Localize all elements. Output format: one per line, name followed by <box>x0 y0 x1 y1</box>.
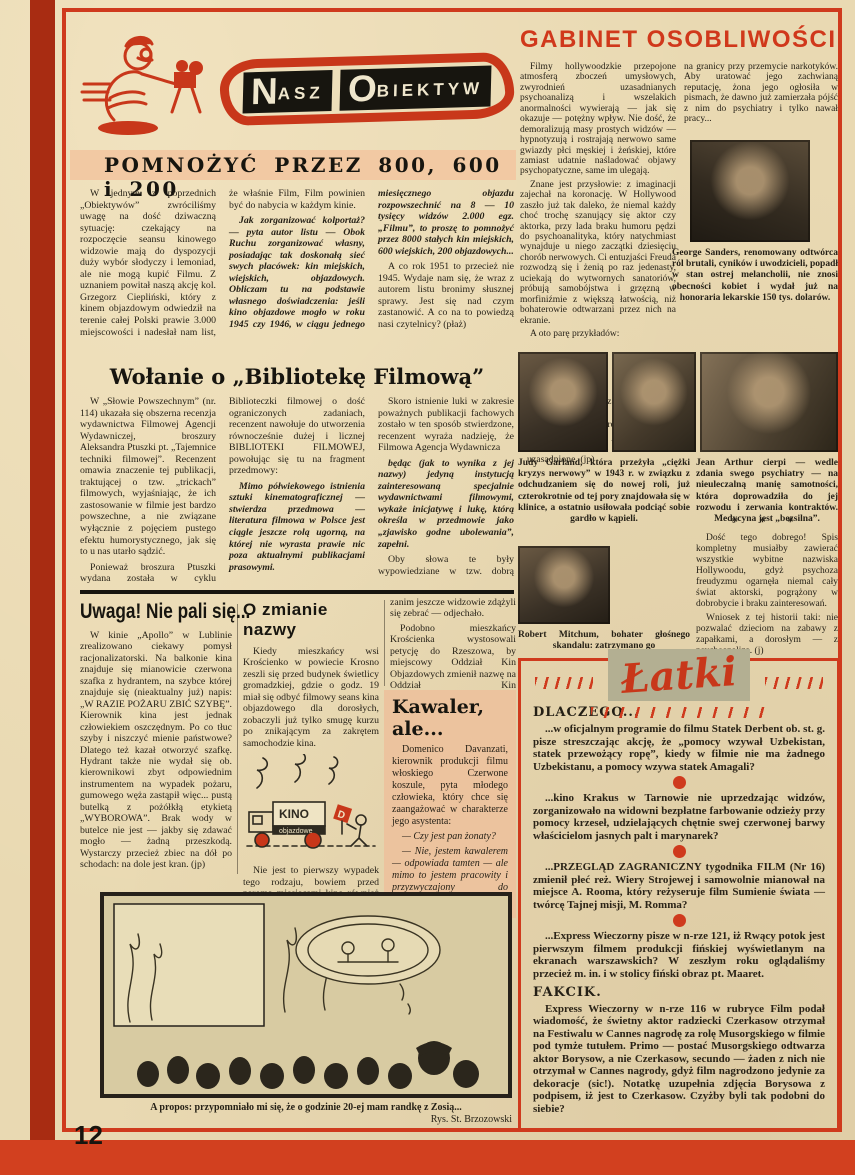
photo-george-sanders <box>690 140 810 242</box>
latki-logo-plate: Łatki <box>608 649 750 701</box>
article-wolanie-body: W „Słowie Powszechnym” (nr. 114) ukazała… <box>80 396 514 586</box>
paragraph: W „Słowie Powszechnym” (nr. 114) ukazała… <box>80 396 216 558</box>
red-tick-decoration <box>765 677 823 689</box>
article-uwaga-title: Uwaga! Nie pali się... <box>80 600 250 624</box>
bottom-red-band <box>0 1140 855 1175</box>
paragraph: W kinie „Apollo” w Lublinie zrealizowano… <box>80 630 232 871</box>
latki-item: ...Express Wieczorny pisze w n-rze 121, … <box>533 930 825 980</box>
gabinet-closing: * * * Dość tego dobrego! Spis kompletny … <box>696 514 838 661</box>
masthead-letter-n: N <box>250 70 278 112</box>
photo-actress <box>612 352 696 452</box>
paragraph: Skoro istnienie luki w zakresie poważnyc… <box>378 396 514 454</box>
gabinet-column-1: Filmy hollywoodzkie przepojone atmosferą… <box>520 62 676 342</box>
masthead-letter-o: O <box>348 67 378 109</box>
latki-section: Łatki DLACZEGO... ...w oficjalnym progra… <box>518 658 840 1132</box>
caption-george-sanders: George Sanders, renomowany odtwórca ról … <box>672 248 838 304</box>
truck-objazdowe-label: objazdowe <box>279 828 313 835</box>
paragraph: Dość tego dobrego! Spis kompletny musiał… <box>696 533 838 609</box>
cinema-audience-cartoon <box>100 892 512 1098</box>
red-dot-separator <box>673 914 686 927</box>
cartoon-caption: A propos: przypomniało mi się, że o godz… <box>100 1102 512 1113</box>
paragraph: na granicy przy przemycie narkotyków. Ab… <box>684 62 838 125</box>
left-red-bar <box>30 0 55 1140</box>
cinema-truck-cartoon: KINO objazdowe D <box>243 754 379 858</box>
gabinet-column-2: na granicy przy przemycie narkotyków. Ab… <box>684 62 838 128</box>
paragraph: A co rok 1951 to przecież nie 1945. Wyda… <box>378 261 514 330</box>
photo-robert-mitchum <box>518 546 610 624</box>
caption-judy-garland: Judy Garland, która przeżyła „ciężki kry… <box>518 458 690 525</box>
column-rule <box>237 604 238 874</box>
photo-jean-arthur <box>700 352 838 452</box>
article-pomnozyc-body: W jednym z poprzednich „Obiektywów” zwró… <box>80 188 514 364</box>
article-pomnozyc-titleband: POMNOŻYĆ PRZEZ 800, 600 i 200 <box>70 150 516 180</box>
quote-paragraph: będąc (jak to wynika z jej nazwy) jedyną… <box>378 458 514 550</box>
fakcik-body: Express Wieczorny w n-rze 116 w rubryce … <box>533 1003 825 1116</box>
latki-item: ...kino Krakus w Tarnowie nie uprzedzają… <box>533 792 825 842</box>
cartoon-credit: Rys. St. Brzozowski <box>100 1114 512 1125</box>
gabinet-title: GABINET OSOBLIWOŚCI <box>520 26 842 54</box>
article-kawaler-box: Kawaler, ale... Domenico Davanzati, kier… <box>384 690 516 918</box>
magazine-page: NASZ OBIEKTYW POMNOŻYĆ PRZEZ 800, 600 i … <box>0 0 855 1175</box>
page-number: 12 <box>74 1120 103 1151</box>
dialogue-line: — Czy jest pan żonaty? <box>392 831 508 843</box>
article-zmiana-title: O zmianie nazwy <box>243 600 379 640</box>
latki-item: ...w oficjalnym programie do filmu State… <box>533 723 825 773</box>
red-dot-separator <box>673 776 686 789</box>
masthead-word-nasz: NASZ <box>242 69 332 113</box>
article-kawaler-title: Kawaler, ale... <box>392 696 508 740</box>
photo-judy-garland <box>518 352 608 452</box>
masthead-word-obiektyw: OBIEKTYW <box>340 65 492 110</box>
paragraph: Filmy hollywoodzkie przepojone atmosferą… <box>520 62 676 177</box>
section-divider-rule <box>80 590 514 594</box>
column-rule <box>384 600 385 686</box>
article-uwaga: Uwaga! Nie pali się... W kinie „Apollo” … <box>80 600 232 874</box>
cameraman-mascot-illustration <box>76 28 222 142</box>
red-dot-separator <box>673 845 686 858</box>
red-tick-decoration <box>535 677 593 689</box>
truck-kino-label: KINO <box>279 807 309 821</box>
paragraph: Kiedy mieszkańcy wsi Krościenko w powiec… <box>243 646 379 749</box>
asterisk-divider: * * * <box>696 514 838 530</box>
red-tick-decoration <box>591 707 771 718</box>
quote-paragraph: Mimo półwiekowego istnienia sztuki kinem… <box>229 481 365 573</box>
latki-logo-text: Łatki <box>620 648 739 703</box>
latki-item: ...PRZEGLĄD ZAGRANICZNY tygodnika FILM (… <box>533 861 825 911</box>
masthead-logo: NASZ OBIEKTYW <box>219 52 515 126</box>
fakcik-title: FAKCIK. <box>533 985 825 1000</box>
paragraph: zanim jeszcze widzowie zdążyli się zebra… <box>390 597 516 620</box>
paragraph: Znane jest przysłowie: z imaginacji zaje… <box>520 180 676 326</box>
paragraph: A oto parę przykładów: <box>520 329 676 339</box>
article-zmiana: O zmianie nazwy Kiedy mieszkańcy wsi Kro… <box>243 600 379 925</box>
article-wolanie-title: Wołanie o „Bibliotekę Filmową” <box>80 364 514 389</box>
paragraph: Domenico Davanzati, kierownik produkcji … <box>392 744 508 828</box>
